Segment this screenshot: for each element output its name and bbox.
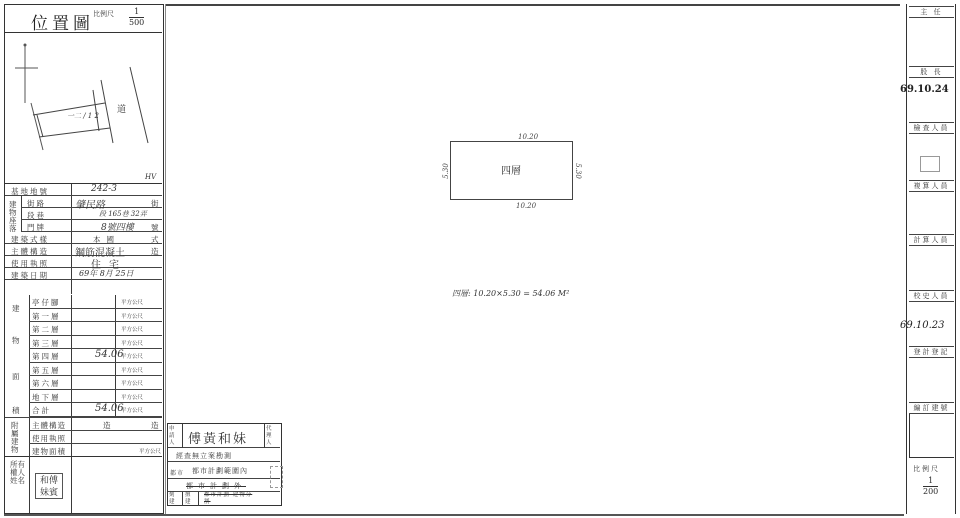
scale-fraction-right: 1 200 [923, 476, 938, 497]
floor-area-row: 第四層54.06平方公尺 [29, 349, 162, 363]
applicant-label: 申請人 [169, 426, 181, 447]
floor-plan: 四層 [450, 141, 573, 200]
applicant-name: 傅黃和妹 [188, 428, 248, 447]
stamp-box [920, 156, 940, 172]
city-plan-outside: 都市計劃外 [186, 481, 246, 491]
date-stamp-2: 69.10.23 [900, 320, 945, 331]
location-map-header: 位置圖 比例尺 1 500 [5, 5, 162, 33]
building-info-table: 基地地號 242-3 建物座落 街路 肇民路 街 段巷 段 165巷 32弄 門… [5, 183, 162, 293]
floor-area-row: 第六層平方公尺 [29, 376, 162, 390]
floor-area-row: 第五層平方公尺 [29, 363, 162, 377]
corner-mark: HV [145, 173, 156, 181]
date-stamp-1: 69.10.24 [900, 84, 949, 95]
info-row-door: 門牌 8號四樓 號 [21, 220, 162, 232]
area-formula: 四層: 10.20×5.30 = 54.06 M² [452, 288, 569, 299]
top-dimension: 10.20 [518, 133, 538, 141]
annex-side-label: 附屬建物 [11, 422, 23, 454]
owner-section: 所有權人姓名 和傅 妹賓 [5, 457, 162, 513]
city-plan-inside: 都市計劃範圍內 [192, 466, 248, 476]
info-row-lane: 段巷 段 165巷 32弄 [21, 208, 162, 220]
frame-top-border [165, 4, 900, 6]
bottom-dimension: 10.20 [516, 202, 536, 210]
info-row-street: 街路 肇民路 街 [21, 196, 162, 208]
frame-bottom-border [4, 514, 904, 516]
info-row-style: 建築式樣 本國 式 [5, 232, 162, 244]
floor-area-row: 合計54.06平方公尺 [29, 403, 162, 417]
location-map-title: 位置圖 [31, 9, 94, 34]
right-approval-panel: 主 任 股 長 檢查人員 複算人員 計算人員 校史人員 登計登記 編訂建號 比例… [906, 4, 956, 514]
scale-fraction: 1 500 [129, 7, 144, 28]
floor-area-row: 亭仔腳平方公尺 [29, 295, 162, 309]
scale-label-right: 比例尺 [913, 464, 940, 474]
stamp-mark [270, 466, 283, 488]
left-info-panel: 位置圖 比例尺 1 500 一二 / 1 2 道 HV 基地地號 242-3 建… [4, 4, 164, 514]
road-label: 道 [117, 102, 129, 115]
left-dimension: 5.30 [442, 163, 450, 179]
floor-area-row: 第三層平方公尺 [29, 336, 162, 350]
room-label: 四層 [501, 162, 521, 177]
floor-area-row: 第二層平方公尺 [29, 322, 162, 336]
owner-label: 所有權人姓名 [10, 461, 26, 485]
annex-table: 附屬建物 主體構造 造 造 使用執照 建物面積 平方公尺 [5, 417, 162, 457]
info-row-usage: 使用執照 住宅 [5, 256, 162, 268]
info-row-structure: 主體構造 鋼筋混凝土 造 [5, 244, 162, 256]
lot-label: 一二 / 1 2 [67, 111, 99, 121]
address-group-label: 建物座落 [9, 201, 19, 233]
location-sketch [5, 35, 162, 185]
scale-label: 比例尺 [93, 9, 114, 19]
frame-left-border [165, 4, 166, 514]
floor-area-row: 地下層平方公尺 [29, 390, 162, 404]
floor-area-table: 建 物 面 積 亭仔腳平方公尺第一層平方公尺第二層平方公尺第三層平方公尺第四層5… [5, 295, 162, 417]
survey-note: 經查無立案勘測 [176, 451, 232, 461]
right-dimension: 5.30 [574, 163, 582, 179]
agent-label: 代理人 [266, 426, 278, 447]
info-row-lot: 基地地號 242-3 [5, 184, 162, 196]
floor-area-row: 第一層平方公尺 [29, 309, 162, 323]
approval-box: 申請人 傅黃和妹 代理人 經查無立案勘測 都市 都市計劃範圍內 都市計劃外 刻建… [167, 423, 282, 506]
info-row-date: 建築日期 69年 8月 25日 [5, 268, 162, 280]
owner-seal: 和傅 妹賓 [35, 473, 63, 499]
